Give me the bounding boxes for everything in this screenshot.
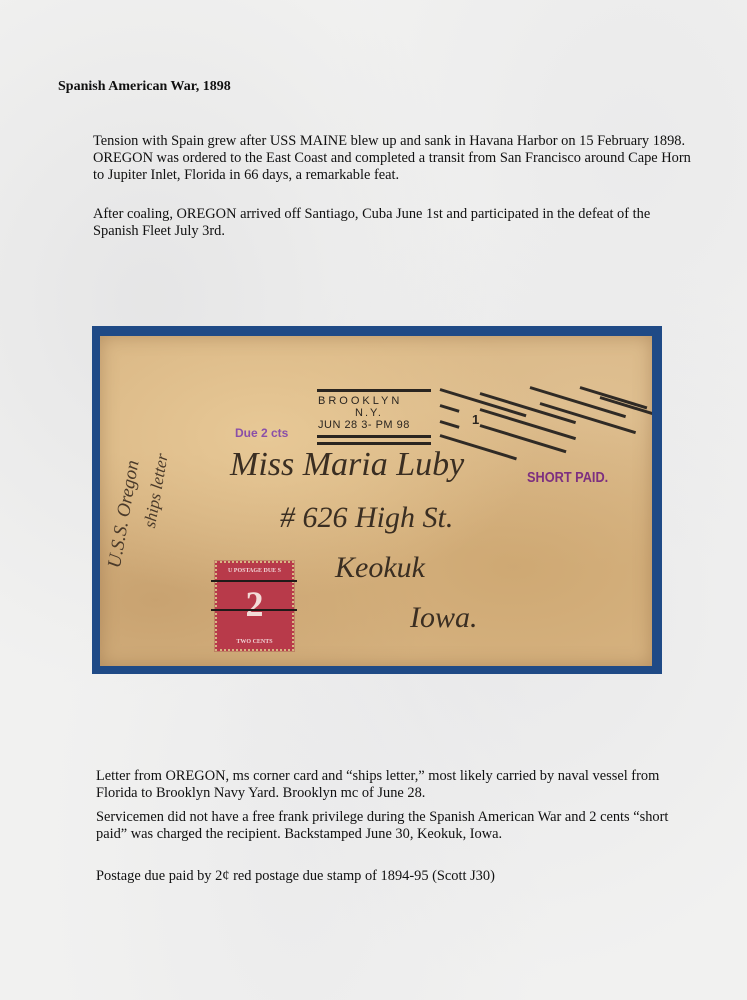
postmark-date: JUN 28 3- PM 98 — [318, 419, 410, 431]
short-paid-handstamp: SHORT PAID. — [527, 469, 608, 486]
manuscript-ships-letter: ships letter — [140, 452, 173, 529]
postmark-bar — [317, 442, 431, 445]
postmark-city: BROOKLYN — [318, 395, 402, 407]
cancel-line — [440, 404, 460, 413]
postmark-bar — [317, 389, 431, 392]
description-paragraph-2: Servicemen did not have a free frank pri… — [96, 809, 696, 843]
postmark-state: N.Y. — [355, 407, 383, 419]
stamp-denomination: 2 — [217, 583, 292, 625]
killer-number: 1 — [472, 412, 481, 427]
stamp-bottom-text: TWO CENTS — [217, 639, 292, 645]
postmark-bar — [317, 435, 431, 438]
cancel-line — [480, 408, 577, 440]
intro-paragraph-1: Tension with Spain grew after USS MAINE … — [93, 133, 693, 184]
stamp-precancel-bar — [211, 580, 297, 582]
cancel-line — [480, 424, 567, 453]
page-title: Spanish American War, 1898 — [58, 79, 231, 95]
stamp-top-text: U POSTAGE DUE S — [217, 568, 292, 574]
intro-paragraph-2: After coaling, OREGON arrived off Santia… — [93, 206, 693, 240]
address-line-3: Keokuk — [335, 551, 425, 585]
manuscript-corner-card: U.S.S. Oregon — [104, 459, 145, 570]
address-line-2: # 626 High St. — [280, 501, 453, 535]
cancel-line — [440, 420, 460, 429]
description-paragraph-1: Letter from OREGON, ms corner card and “… — [96, 768, 696, 802]
address-line-1: Miss Maria Luby — [230, 446, 464, 484]
description-paragraph-3: Postage due paid by 2¢ red postage due s… — [96, 868, 696, 885]
due-2-cts-handstamp: Due 2 cts — [235, 426, 288, 440]
stamp-precancel-bar — [211, 609, 297, 611]
postage-due-stamp: U POSTAGE DUE S 2 TWO CENTS — [215, 561, 294, 651]
address-line-4: Iowa. — [410, 601, 478, 635]
envelope-cover: BROOKLYN N.Y. JUN 28 3- PM 98 1 Due 2 ct… — [100, 336, 652, 666]
